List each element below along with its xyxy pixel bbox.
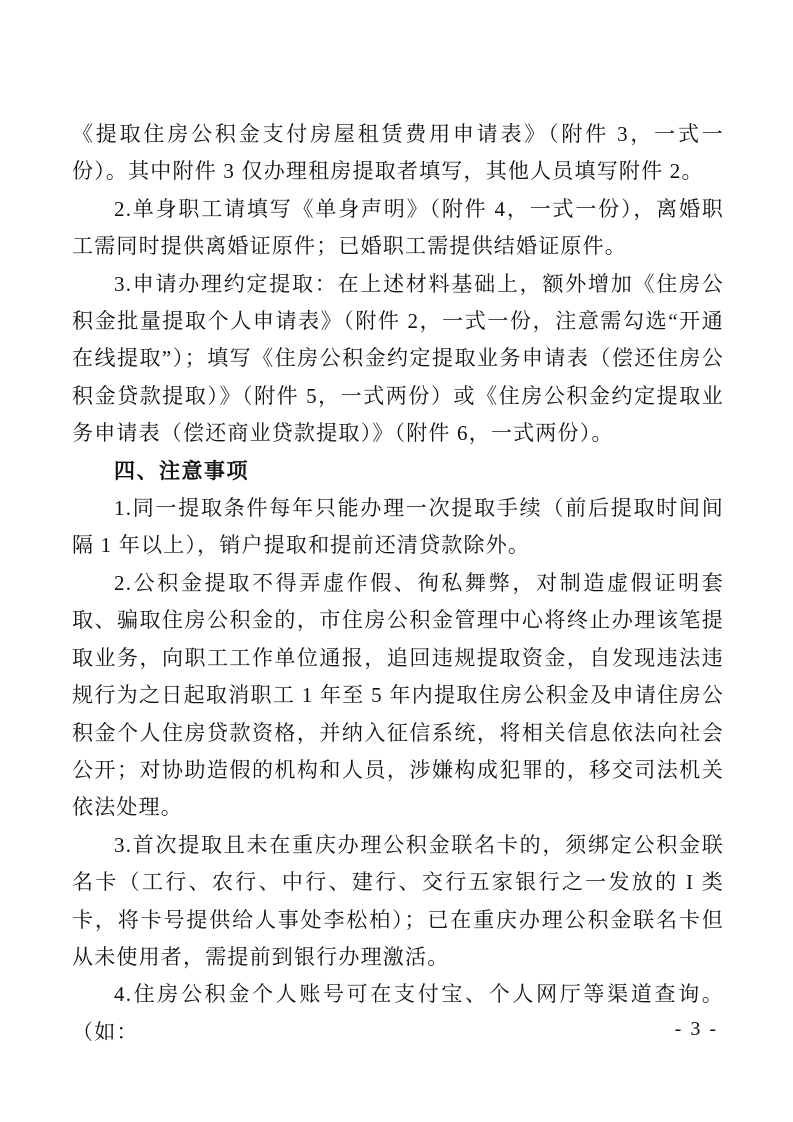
section-heading: 四、注意事项: [72, 453, 724, 490]
paragraph: 2.单身职工请填写《单身声明》（附件 4，一式一份），离婚职工需同时提供离婚证原…: [72, 191, 724, 266]
document-body: 《提取住房公积金支付房屋租赁费用申请表》（附件 3，一式一份）。其中附件 3 仅…: [72, 116, 724, 1051]
paragraph: 1.同一提取条件每年只能办理一次提取手续（前后提取时间间隔 1 年以上），销户提…: [72, 490, 724, 565]
paragraph: 《提取住房公积金支付房屋租赁费用申请表》（附件 3，一式一份）。其中附件 3 仅…: [72, 116, 724, 191]
paragraph: 2.公积金提取不得弄虚作假、徇私舞弊，对制造虚假证明套取、骗取住房公积金的，市住…: [72, 565, 724, 827]
paragraph: 4.住房公积金个人账号可在支付宝、个人网厅等渠道查询。（如：: [72, 976, 724, 1051]
page-number: - 3 -: [675, 1018, 718, 1041]
paragraph: 3.申请办理约定提取：在上述材料基础上，额外增加《住房公积金批量提取个人申请表》…: [72, 266, 724, 453]
paragraph: 3.首次提取且未在重庆办理公积金联名卡的，须绑定公积金联名卡（工行、农行、中行、…: [72, 827, 724, 977]
document-page: 《提取住房公积金支付房屋租赁费用申请表》（附件 3，一式一份）。其中附件 3 仅…: [0, 0, 793, 1122]
